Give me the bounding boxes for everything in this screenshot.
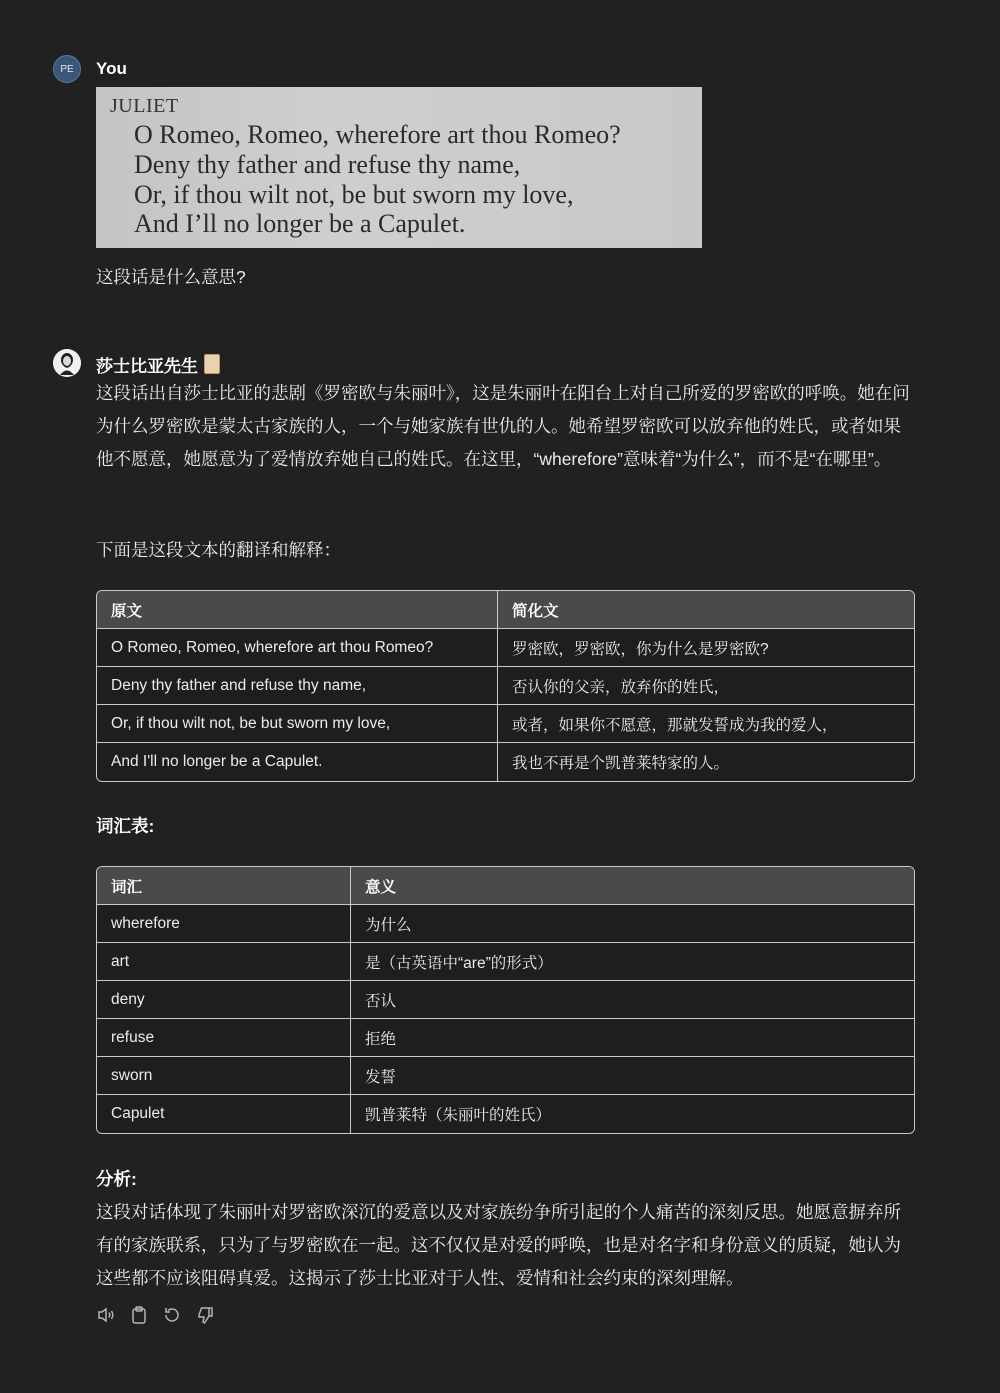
table-header: 词汇 bbox=[97, 867, 351, 905]
analysis-heading: 分析: bbox=[96, 1163, 916, 1196]
table-row: sworn 发誓 bbox=[97, 1057, 914, 1095]
user-avatar: PE bbox=[53, 55, 81, 83]
assistant-author-name: 莎士比亚先生 bbox=[96, 352, 220, 377]
copy-button[interactable] bbox=[129, 1305, 149, 1325]
speaker-icon bbox=[96, 1305, 116, 1325]
table-row: And I'll no longer be a Capulet. 我也不再是个凯… bbox=[97, 743, 914, 781]
table-row: O Romeo, Romeo, wherefore art thou Romeo… bbox=[97, 629, 914, 667]
image-line: Deny thy father and refuse thy name, bbox=[134, 150, 520, 180]
table-cell: And I'll no longer be a Capulet. bbox=[97, 743, 498, 781]
table-cell: 我也不再是个凯普莱特家的人。 bbox=[498, 743, 914, 781]
table-header: 原文 bbox=[97, 591, 498, 629]
table-cell: Or, if thou wilt not, be but sworn my lo… bbox=[97, 705, 498, 743]
table-cell: art bbox=[97, 943, 351, 981]
table-cell: wherefore bbox=[97, 905, 351, 943]
author-label: 莎士比亚先生 bbox=[96, 357, 198, 376]
image-line: O Romeo, Romeo, wherefore art thou Romeo… bbox=[134, 120, 621, 150]
table-row: wherefore 为什么 bbox=[97, 905, 914, 943]
user-message-text: 这段话是什么意思? bbox=[96, 261, 916, 294]
translation-intro: 下面是这段文本的翻译和解释： bbox=[96, 534, 916, 567]
table-row: deny 否认 bbox=[97, 981, 914, 1019]
uploaded-image[interactable]: JULIET O Romeo, Romeo, wherefore art tho… bbox=[96, 87, 702, 248]
shakespeare-portrait-icon bbox=[53, 349, 81, 377]
table-cell: refuse bbox=[97, 1019, 351, 1057]
table-header-row: 原文 简化文 bbox=[97, 591, 914, 629]
table-cell: 否认你的父亲，放弃你的姓氏， bbox=[498, 667, 914, 705]
regenerate-icon bbox=[162, 1305, 182, 1325]
scroll-icon bbox=[204, 354, 220, 374]
user-author-name: You bbox=[96, 59, 127, 79]
avatar-initials: PE bbox=[60, 64, 73, 75]
vocab-heading: 词汇表: bbox=[96, 810, 916, 843]
table-row: Or, if thou wilt not, be but sworn my lo… bbox=[97, 705, 914, 743]
table-cell: Deny thy father and refuse thy name, bbox=[97, 667, 498, 705]
intro-paragraph: 这段话出自莎士比亚的悲剧《罗密欧与朱丽叶》，这是朱丽叶在阳台上对自己所爱的罗密欧… bbox=[96, 377, 916, 476]
vocab-table: 词汇 意义 wherefore 为什么 art 是（古英语中“are”的形式） … bbox=[96, 866, 915, 1134]
table-header-row: 词汇 意义 bbox=[97, 867, 914, 905]
table-row: art 是（古英语中“are”的形式） bbox=[97, 943, 914, 981]
table-cell: 凯普莱特（朱丽叶的姓氏） bbox=[351, 1095, 914, 1133]
image-line: Or, if thou wilt not, be but sworn my lo… bbox=[134, 180, 573, 210]
table-cell: 否认 bbox=[351, 981, 914, 1019]
table-cell: 为什么 bbox=[351, 905, 914, 943]
read-aloud-button[interactable] bbox=[96, 1305, 116, 1325]
table-cell: sworn bbox=[97, 1057, 351, 1095]
thumbs-down-icon bbox=[195, 1305, 215, 1325]
table-cell: 罗密欧，罗密欧，你为什么是罗密欧? bbox=[498, 629, 914, 667]
table-row: Capulet 凯普莱特（朱丽叶的姓氏） bbox=[97, 1095, 914, 1133]
table-cell: 或者，如果你不愿意，那就发誓成为我的爱人， bbox=[498, 705, 914, 743]
translation-table: 原文 简化文 O Romeo, Romeo, wherefore art tho… bbox=[96, 590, 915, 782]
regenerate-button[interactable] bbox=[162, 1305, 182, 1325]
analysis-paragraph: 这段对话体现了朱丽叶对罗密欧深沉的爱意以及对家族纷争所引起的个人痛苦的深刻反思。… bbox=[96, 1196, 916, 1295]
assistant-avatar bbox=[53, 349, 81, 377]
table-cell: 拒绝 bbox=[351, 1019, 914, 1057]
table-header: 意义 bbox=[351, 867, 914, 905]
message-actions bbox=[96, 1305, 215, 1325]
table-cell: 发誓 bbox=[351, 1057, 914, 1095]
table-row: Deny thy father and refuse thy name, 否认你… bbox=[97, 667, 914, 705]
clipboard-icon bbox=[129, 1305, 149, 1325]
table-cell: Capulet bbox=[97, 1095, 351, 1133]
table-row: refuse 拒绝 bbox=[97, 1019, 914, 1057]
table-cell: O Romeo, Romeo, wherefore art thou Romeo… bbox=[97, 629, 498, 667]
image-speaker: JULIET bbox=[110, 95, 179, 118]
table-header: 简化文 bbox=[498, 591, 914, 629]
thumbs-down-button[interactable] bbox=[195, 1305, 215, 1325]
image-line: And I’ll no longer be a Capulet. bbox=[134, 209, 465, 239]
table-cell: 是（古英语中“are”的形式） bbox=[351, 943, 914, 981]
table-cell: deny bbox=[97, 981, 351, 1019]
